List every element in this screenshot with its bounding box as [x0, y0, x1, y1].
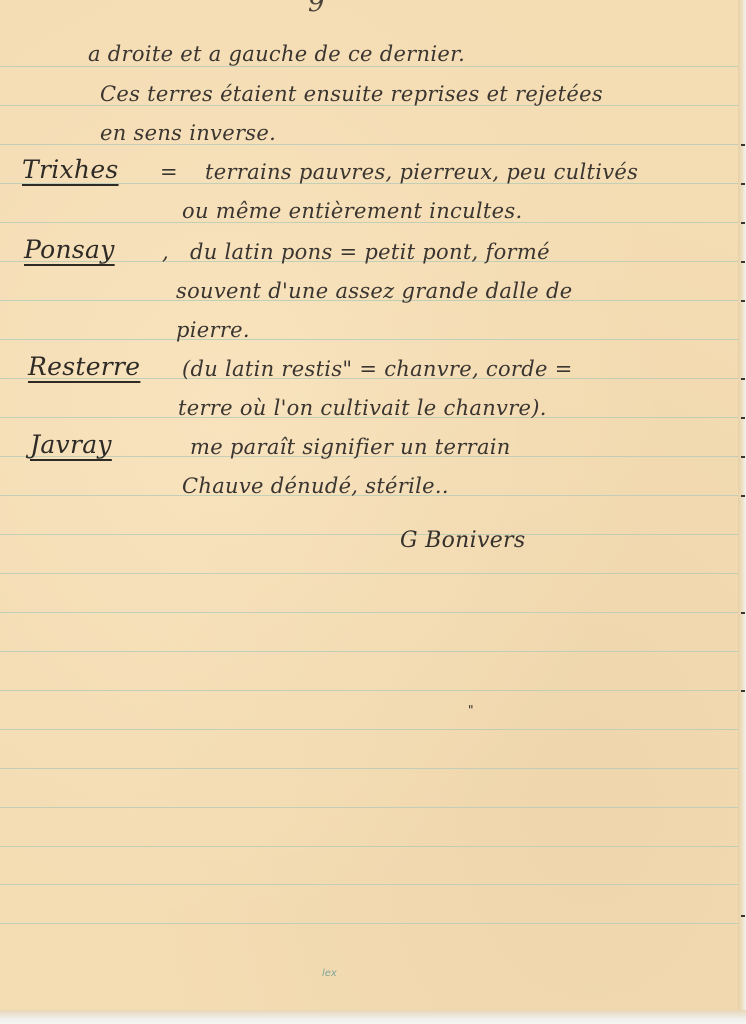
term-separator: = [160, 160, 178, 184]
definition-line: terre où l'on cultivait le chanvre). [178, 396, 547, 420]
binding-tick [741, 222, 745, 224]
page-binding-edge [738, 0, 746, 1014]
definition-line: pierre. [176, 318, 250, 342]
glossary-term: Resterre [28, 352, 140, 381]
binding-tick [741, 456, 745, 458]
signature: G Bonivers [400, 528, 525, 553]
binding-tick [741, 915, 745, 917]
binding-tick [741, 261, 745, 263]
glossary-term: Trixhes [22, 155, 119, 184]
glossary-term: Ponsay [24, 235, 115, 264]
ruled-line [0, 807, 740, 808]
text-line: en sens inverse. [100, 121, 276, 145]
binding-tick [741, 690, 745, 692]
term-separator: , [162, 240, 169, 264]
ruled-line [0, 573, 740, 574]
binding-tick [741, 300, 745, 302]
ruled-line [0, 66, 740, 67]
text-line: a droite et a gauche de ce dernier. [88, 42, 465, 66]
ruled-line [0, 612, 740, 613]
ruled-line [0, 729, 740, 730]
text-line: Ces terres étaient ensuite reprises et r… [100, 82, 603, 106]
ruled-line [0, 534, 740, 535]
definition-line: terrains pauvres, pierreux, peu cultivés [205, 160, 638, 184]
ruled-line [0, 651, 740, 652]
definition-line: (du latin restis" = chanvre, corde = [182, 357, 573, 381]
archive-stamp: lex [322, 968, 337, 979]
page-number: 9 [308, 0, 325, 18]
page-bottom-edge [0, 1010, 746, 1024]
definition-line: Chauve dénudé, stérile.. [182, 474, 449, 498]
ruled-line [0, 339, 740, 340]
ruled-line [0, 768, 740, 769]
definition-line: souvent d'une assez grande dalle de [176, 279, 572, 303]
binding-tick [741, 378, 745, 380]
binding-tick [741, 495, 745, 497]
ruled-line [0, 884, 740, 885]
definition-line: du latin pons = petit pont, formé [190, 240, 550, 264]
definition-line: ou même entièrement incultes. [182, 199, 522, 223]
definition-line: me paraît signifier un terrain [190, 435, 511, 459]
ruled-line [0, 846, 740, 847]
pencil-mark: " [468, 703, 474, 717]
glossary-term: Javray [30, 430, 112, 459]
binding-tick [741, 144, 745, 146]
letter-page: 9 a droite et a gauche de ce dernier. Ce… [0, 0, 740, 1014]
ruled-line [0, 923, 740, 924]
binding-tick [741, 417, 745, 419]
ruled-line [0, 690, 740, 691]
binding-tick [741, 183, 745, 185]
binding-tick [741, 612, 745, 614]
